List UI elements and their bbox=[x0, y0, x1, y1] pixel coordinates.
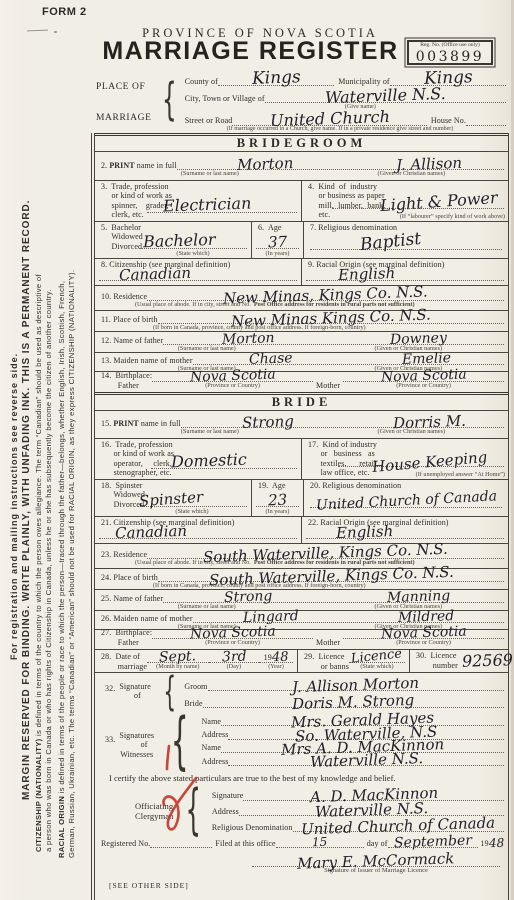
year-printed: 19 bbox=[264, 653, 272, 662]
registration-number-box: Reg. No. (Office use only) 003899 bbox=[407, 40, 493, 65]
house-no-field bbox=[466, 125, 506, 126]
certification-text: I certify the above stated particulars a… bbox=[95, 770, 396, 784]
licence-number: 92569 bbox=[462, 654, 513, 669]
groom-surname: Morton bbox=[237, 157, 294, 171]
see-other-side-note: [SEE OTHER SIDE] bbox=[95, 875, 189, 900]
city-field: Waterville N.S. bbox=[265, 89, 506, 103]
bride-father-surname: Strong bbox=[224, 591, 273, 604]
certification-row: I certify the above stated particulars a… bbox=[95, 770, 508, 784]
groom-mother-birthplace: Nova Scotia bbox=[381, 370, 467, 384]
field-33-label: Signatures of Witnesses bbox=[115, 713, 158, 768]
bride-religion: United Church of Canada bbox=[316, 491, 497, 512]
field-10-residence: 10. Residence New Minas, Kings Co. N.S. … bbox=[95, 286, 508, 311]
bride-signature: Doris M. Strong bbox=[292, 694, 415, 710]
form-grid: BRIDEGROOM 2. PRINT name in full Morton … bbox=[94, 133, 509, 900]
filed-year-printed: 19 bbox=[478, 839, 489, 848]
bride-given-names: Dorris M. bbox=[393, 415, 466, 430]
field-13-label: 13. Maiden name of mother bbox=[101, 356, 193, 365]
bride-mother-given: Mildred bbox=[398, 611, 455, 624]
filed-day: 15 bbox=[312, 838, 328, 848]
groom-age: 37 bbox=[268, 236, 288, 249]
bridegroom-title: BRIDEGROOM bbox=[237, 136, 367, 151]
witness-2-address-label: Address bbox=[202, 757, 229, 766]
field-27-label: 27. Birthplace: Father bbox=[101, 628, 152, 647]
bride-section-header: BRIDE bbox=[95, 392, 508, 411]
officiating-clergyman-label: Officiating Clergyman bbox=[135, 785, 174, 834]
margin-note-racial-origin-2: German, Russian, Ukrainian, etc. The ter… bbox=[67, 270, 76, 858]
bride-mother-birthplace: Nova Scotia bbox=[381, 627, 467, 641]
field-2-label: 2. PRINT name in full bbox=[101, 161, 177, 170]
day-of-label: day of bbox=[364, 839, 388, 848]
field-32-label: Signature of bbox=[115, 674, 155, 710]
field-30-label: 30. Licence number bbox=[416, 651, 458, 670]
county-label: County of bbox=[185, 77, 218, 86]
margin-note-reverse-side: For registration and mailing instruction… bbox=[9, 353, 19, 660]
groom-trade-value: Electrician bbox=[163, 198, 252, 214]
bride-title: BRIDE bbox=[272, 395, 332, 410]
bridegroom-section-header: BRIDEGROOM bbox=[95, 133, 508, 152]
field-19-sublabel: (In years) bbox=[252, 508, 303, 515]
field-11-label: 11. Place of birth bbox=[101, 315, 158, 324]
witness-1-name-label: Name bbox=[202, 717, 222, 726]
field-17-sublabel: (If unemployed answer “At Home”) bbox=[416, 471, 505, 478]
groom-father-given: Downey bbox=[390, 333, 447, 346]
field-5-sublabel: (State which) bbox=[139, 250, 247, 257]
groom-given-names: J. Allison bbox=[396, 157, 462, 171]
county-value: Kings bbox=[251, 72, 300, 87]
place-label-1: PLACE OF bbox=[96, 82, 154, 92]
margin-note-citizenship-2: a person who was born in Canada or who h… bbox=[44, 289, 53, 852]
place-of-marriage-block: PLACE OF MARRIAGE { County of Kings Muni… bbox=[96, 66, 506, 133]
municipality-label: Municipality of bbox=[334, 77, 390, 86]
field-12-label: 12. Name of father bbox=[101, 336, 163, 345]
fields-5-6-7: 5. Bachelor Widowed Divorced Bachelor (S… bbox=[95, 222, 508, 259]
groom-sig-label: Groom bbox=[184, 682, 207, 691]
field-25-label: 25. Name of father bbox=[101, 594, 163, 603]
clergy-signature-label: Signature bbox=[212, 791, 244, 800]
marriage-month: Sept. bbox=[159, 651, 196, 663]
fields-18-19-20: 18. Spinster Widowed Divorced Spinster (… bbox=[95, 480, 508, 517]
field-27-parent-birthplace: 27. Birthplace: Father Nova Scotia (Prov… bbox=[95, 630, 508, 650]
field-33-witnesses: 33. Signatures of Witnesses { Name Mrs. … bbox=[95, 712, 508, 770]
issuer-signature: Mary E. McCormack bbox=[297, 852, 455, 869]
city-label: City, Town or Village of bbox=[185, 94, 265, 103]
field-24-birthplace: 24. Place of birth South Waterville, Kin… bbox=[95, 569, 508, 590]
fields-3-4: 3. Trade, profession or kind of work as … bbox=[95, 181, 508, 222]
field-28-label: 28. Date of marriage bbox=[101, 652, 147, 671]
bride-citizenship: Canadian bbox=[115, 525, 187, 540]
officiating-clergyman-block: Officiating Clergyman { Signature A. D. … bbox=[95, 784, 508, 836]
bride-father-given: Manning bbox=[387, 591, 451, 604]
groom-citizenship: Canadian bbox=[119, 267, 191, 282]
bride-marital-status: Spinster bbox=[139, 491, 204, 507]
reg-no-value: 003899 bbox=[409, 50, 491, 64]
field-24-label: 24. Place of birth bbox=[101, 573, 158, 582]
witness-2-address: Waterville N.S. bbox=[310, 752, 423, 768]
clergy-address-label: Address bbox=[212, 807, 239, 816]
field-32-number: 32. bbox=[105, 674, 115, 710]
fields-16-17: 16. Trade, profession or kind of work as… bbox=[95, 439, 508, 480]
field-2-print-name: 2. PRINT name in full Morton J. Allison … bbox=[95, 152, 508, 181]
filed-label: Filed at this office bbox=[212, 839, 275, 848]
mother-label: Mother bbox=[313, 638, 343, 647]
field-26-label: 26. Maiden name of mother bbox=[101, 614, 193, 623]
groom-father-surname: Morton bbox=[222, 333, 275, 346]
groom-father-birthplace: Nova Scotia bbox=[190, 370, 276, 384]
house-no-label: House No. bbox=[427, 116, 466, 125]
bride-age: 23 bbox=[268, 494, 288, 507]
street-value: United Church bbox=[270, 111, 390, 128]
groom-religion: Baptist bbox=[359, 233, 421, 253]
municipality-field: Kings bbox=[390, 71, 506, 86]
pencil-mark bbox=[27, 30, 48, 32]
street-label: Street or Road bbox=[185, 116, 233, 125]
bride-father-birthplace: Nova Scotia bbox=[190, 627, 276, 641]
groom-mother-surname: Chase bbox=[249, 353, 293, 366]
fields-28-29-30: 28. Date of marriage Sept. (Month by nam… bbox=[95, 650, 508, 673]
bride-trade-value: Domestic bbox=[171, 454, 247, 469]
place-of-marriage-label: PLACE OF MARRIAGE bbox=[96, 66, 154, 133]
brace: { bbox=[171, 710, 189, 772]
filing-row: Registered No. Filed at this office 15 d… bbox=[95, 836, 508, 848]
field-18-sublabel: (State which) bbox=[137, 508, 247, 515]
fields-8-9: 8. Citizenship (see marginal definition)… bbox=[95, 259, 508, 286]
county-field: Kings bbox=[218, 71, 334, 86]
bride-mother-surname: Lingard bbox=[242, 611, 298, 624]
marriage-register-scan: For registration and mailing instruction… bbox=[0, 0, 514, 900]
footer-row: [SEE OTHER SIDE] bbox=[95, 875, 508, 900]
pencil-dot bbox=[54, 31, 57, 33]
issuer-signature-block: Mary E. McCormack Signature of Issuer of… bbox=[95, 848, 508, 875]
field-29-label: 29. Licence or banns bbox=[304, 652, 349, 671]
field-14-parent-birthplace: 14. Birthplace: Father Nova Scotia (Prov… bbox=[95, 372, 508, 392]
brace: { bbox=[185, 783, 200, 837]
page-title: MARRIAGE REGISTER bbox=[98, 37, 403, 66]
margin-note-racial-origin-1: RACIAL ORIGIN is defined in terms of the… bbox=[57, 281, 66, 858]
registered-no-label: Registered No. bbox=[101, 839, 150, 848]
place-label-2: MARRIAGE bbox=[96, 113, 154, 123]
witness-2-name-label: Name bbox=[202, 743, 222, 752]
clergy-denomination-label: Religious Denomination bbox=[212, 823, 293, 832]
field-14-label: 14. Birthplace: Father bbox=[101, 371, 152, 390]
field-6-sublabel: (In years) bbox=[252, 250, 303, 257]
field-6-label: 6. Age bbox=[258, 223, 299, 232]
marriage-day: 3rd bbox=[221, 652, 246, 664]
brace: { bbox=[162, 78, 177, 122]
bride-racial-origin: English bbox=[336, 525, 394, 539]
field-4-sublabel: (If “labourer” specify kind of work abov… bbox=[400, 213, 505, 220]
groom-racial-origin: English bbox=[338, 267, 396, 281]
witness-1-address-label: Address bbox=[202, 730, 229, 739]
dotted-line bbox=[306, 280, 504, 281]
margin-note-citizenship-1: CITIZENSHIP (NATIONALITY) is defined in … bbox=[34, 274, 43, 852]
city-value: Waterville N.S. bbox=[325, 88, 446, 105]
marriage-year: 48 bbox=[272, 653, 289, 664]
field-10-label: 10. Residence bbox=[101, 292, 147, 301]
groom-marital-status: Bachelor bbox=[143, 234, 216, 249]
field-15-print-name: 15. PRINT name in full Strong Dorris M. … bbox=[95, 411, 508, 439]
field-33-number: 33. bbox=[105, 713, 115, 768]
groom-mother-given: Emelie bbox=[401, 353, 450, 366]
street-field: United Church bbox=[232, 112, 427, 126]
mother-label: Mother bbox=[313, 381, 343, 390]
field-19-label: 19. Age bbox=[258, 481, 299, 490]
form-number: FORM 2 bbox=[42, 6, 87, 18]
margin-note-binding: MARGIN RESERVED FOR BINDING. WRITE PLAIN… bbox=[21, 200, 32, 800]
field-23-label: 23. Residence bbox=[101, 550, 147, 559]
field-11-birthplace: 11. Place of birth New Minas Kings Co. N… bbox=[95, 311, 508, 332]
field-32-signatures: 32. Signature of { Groom J. Allison Mort… bbox=[95, 673, 508, 712]
bride-surname: Strong bbox=[242, 415, 294, 429]
field-15-label: 15. PRINT name in full bbox=[101, 419, 181, 428]
